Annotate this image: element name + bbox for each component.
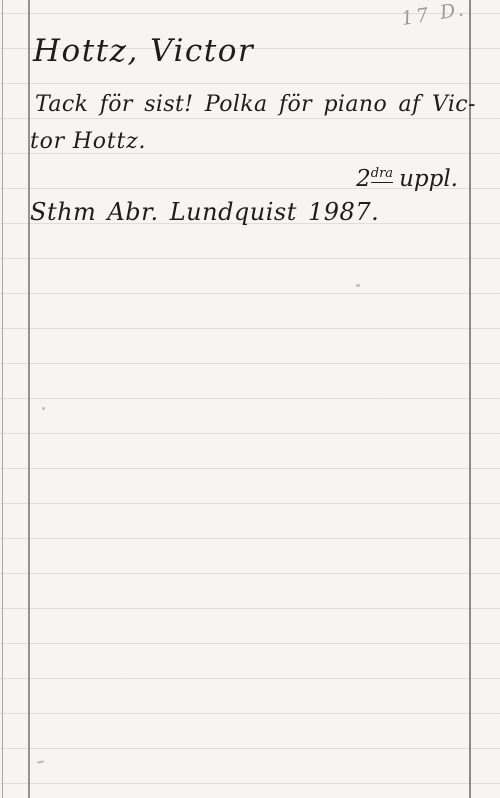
title-line-2: tor Hottz.: [30, 129, 146, 154]
left-edge-line: [2, 0, 3, 798]
imprint-line: Sthm Abr. Lundquist 1987.: [30, 198, 379, 226]
edition-note: 2drauppl.: [356, 166, 458, 192]
edition-word: uppl.: [399, 166, 458, 192]
edition-ordinal-suffix: dra: [371, 166, 393, 183]
catalog-card: 17 D. Hottz, Victor Tack för sist! Polka…: [0, 0, 500, 798]
paper-speck: [37, 760, 44, 763]
author-heading: Hottz, Victor: [33, 33, 254, 69]
title-line-1: Tack för sist! Polka för piano af Vic-: [35, 92, 476, 117]
pencil-shelfmark-annotation: 17 D.: [400, 0, 468, 30]
paper-speck: [42, 407, 45, 410]
paper-speck: [356, 284, 360, 287]
edition-number: 2: [356, 166, 371, 192]
right-margin-line: [469, 0, 471, 798]
left-margin-line: [28, 0, 30, 798]
